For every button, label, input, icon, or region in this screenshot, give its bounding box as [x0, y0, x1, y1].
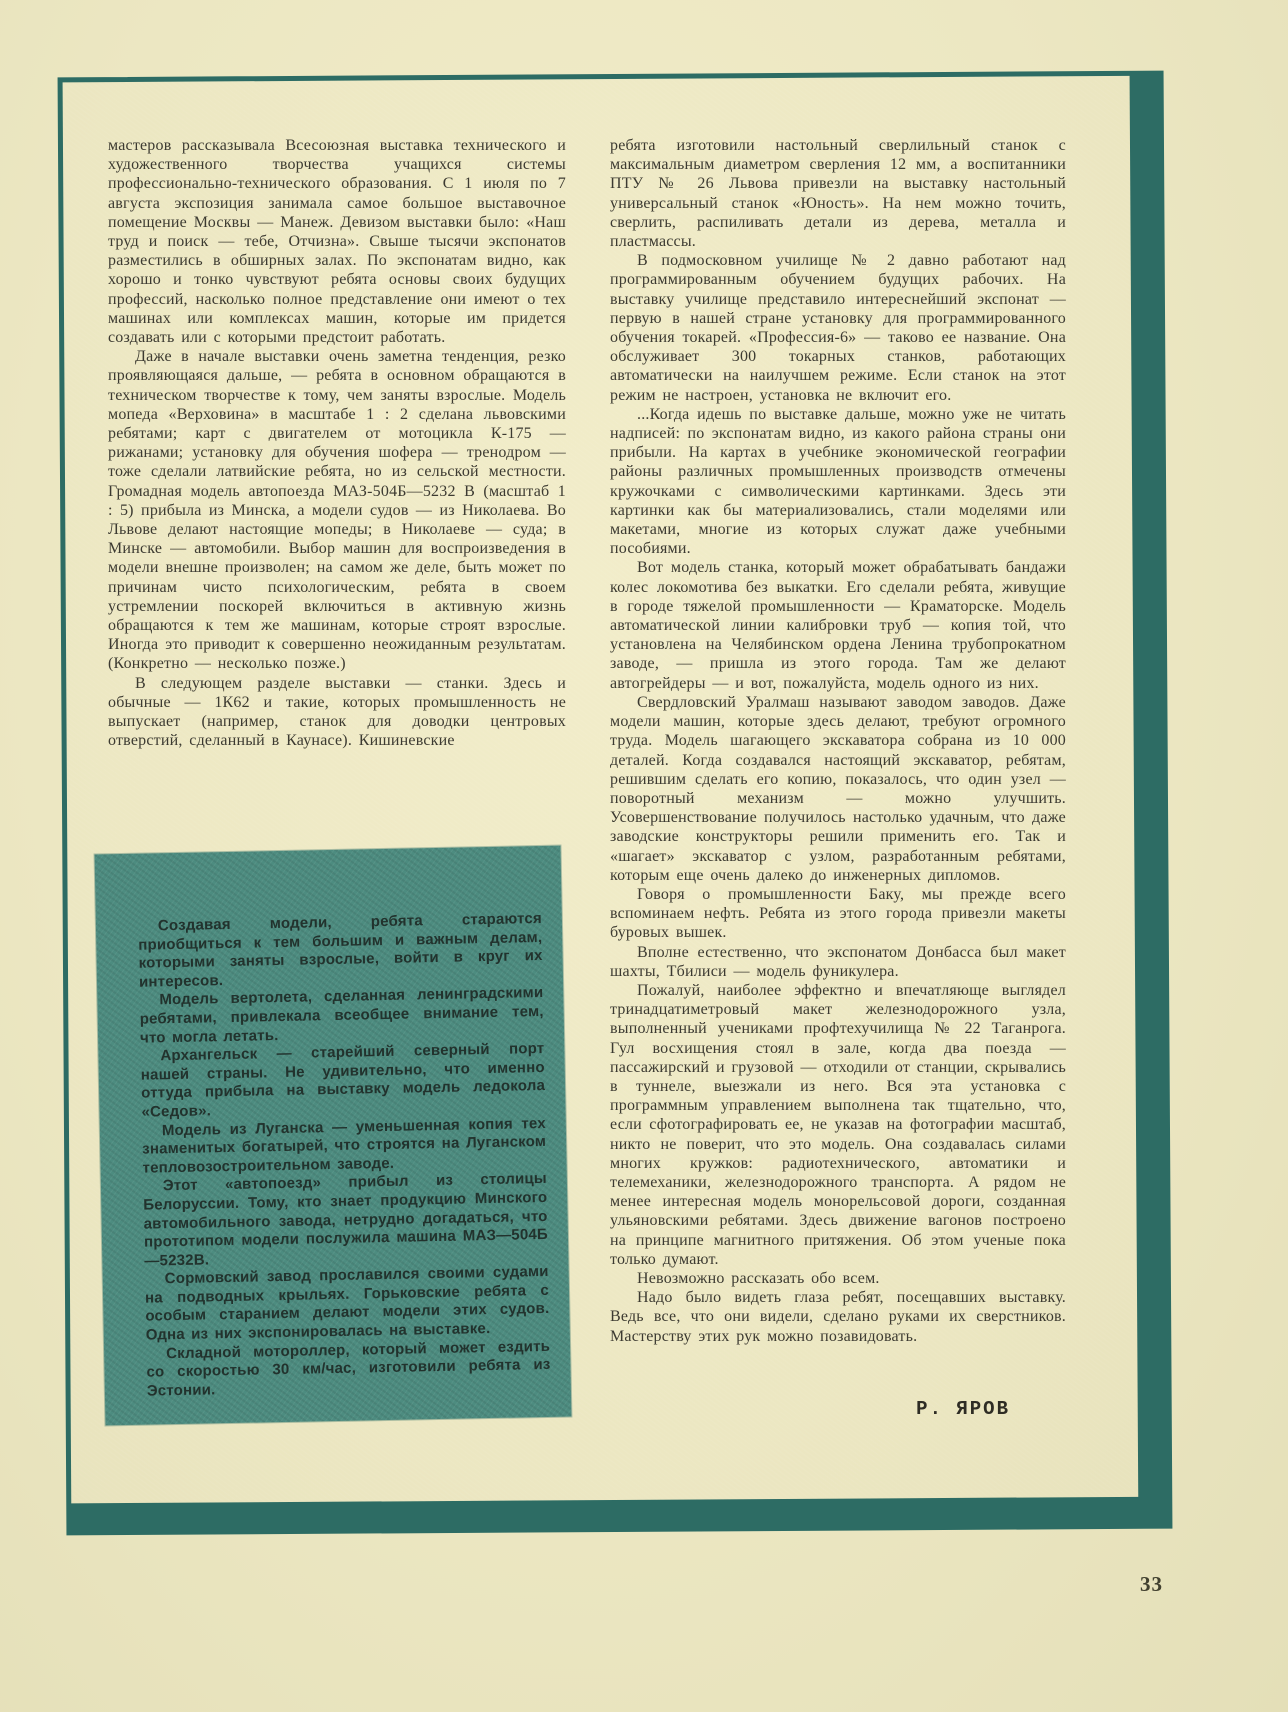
paragraph: Этот «автопоезд» прибыл из столицы Белор… — [143, 1170, 549, 1271]
paragraph: Пожалуй, наиболее эффектно и впечатляюще… — [610, 981, 1066, 1269]
paragraph: В подмосковном училище № 2 давно работаю… — [610, 251, 1066, 405]
page-number: 33 — [1140, 1572, 1163, 1597]
scanned-magazine-page: { "page": { "number": "33", "author_sign… — [0, 0, 1288, 1712]
paragraph: мастеров рассказывала Всесоюзная выставк… — [108, 136, 566, 347]
paragraph: Невозможно рассказать обо всем. — [610, 1269, 1066, 1288]
paragraph: ...Когда идешь по выставке дальше, можно… — [610, 405, 1066, 559]
paragraph: Вот модель станка, который может обрабат… — [610, 558, 1066, 692]
paragraph: Даже в начале выставки очень заметна тен… — [108, 347, 566, 673]
paragraph: Модель из Луганска — уменьшенная копия т… — [142, 1114, 547, 1178]
inset-highlight-box: Создавая модели, ребята стараются приобщ… — [95, 846, 572, 1426]
paragraph: Складной мотороллер, который может ездит… — [146, 1338, 551, 1402]
paragraph: Архангельск — старейший северный порт на… — [140, 1040, 545, 1122]
author-signature: Р. ЯРОВ — [610, 1398, 1066, 1420]
paragraph: Модель вертолета, сделанная ленинградски… — [139, 984, 544, 1048]
paragraph: ребята изготовили настольный сверлильный… — [610, 136, 1066, 251]
paragraph: Говоря о промышленности Баку, мы прежде … — [610, 885, 1066, 943]
paragraph: Создавая модели, ребята стараются приобщ… — [138, 910, 543, 992]
paragraph: Сормовский завод прославился своими суда… — [145, 1263, 550, 1345]
paragraph: Надо было видеть глаза ребят, посещавших… — [610, 1288, 1066, 1346]
paragraph: В следующем разделе выставки — станки. З… — [108, 674, 566, 751]
left-text-column: мастеров рассказывала Всесоюзная выставк… — [108, 136, 566, 751]
paragraph: Свердловский Уралмаш называют заводом за… — [610, 693, 1066, 885]
paragraph: Вполне естественно, что экспонатом Донба… — [610, 943, 1066, 981]
right-text-column: ребята изготовили настольный сверлильный… — [610, 136, 1066, 1346]
